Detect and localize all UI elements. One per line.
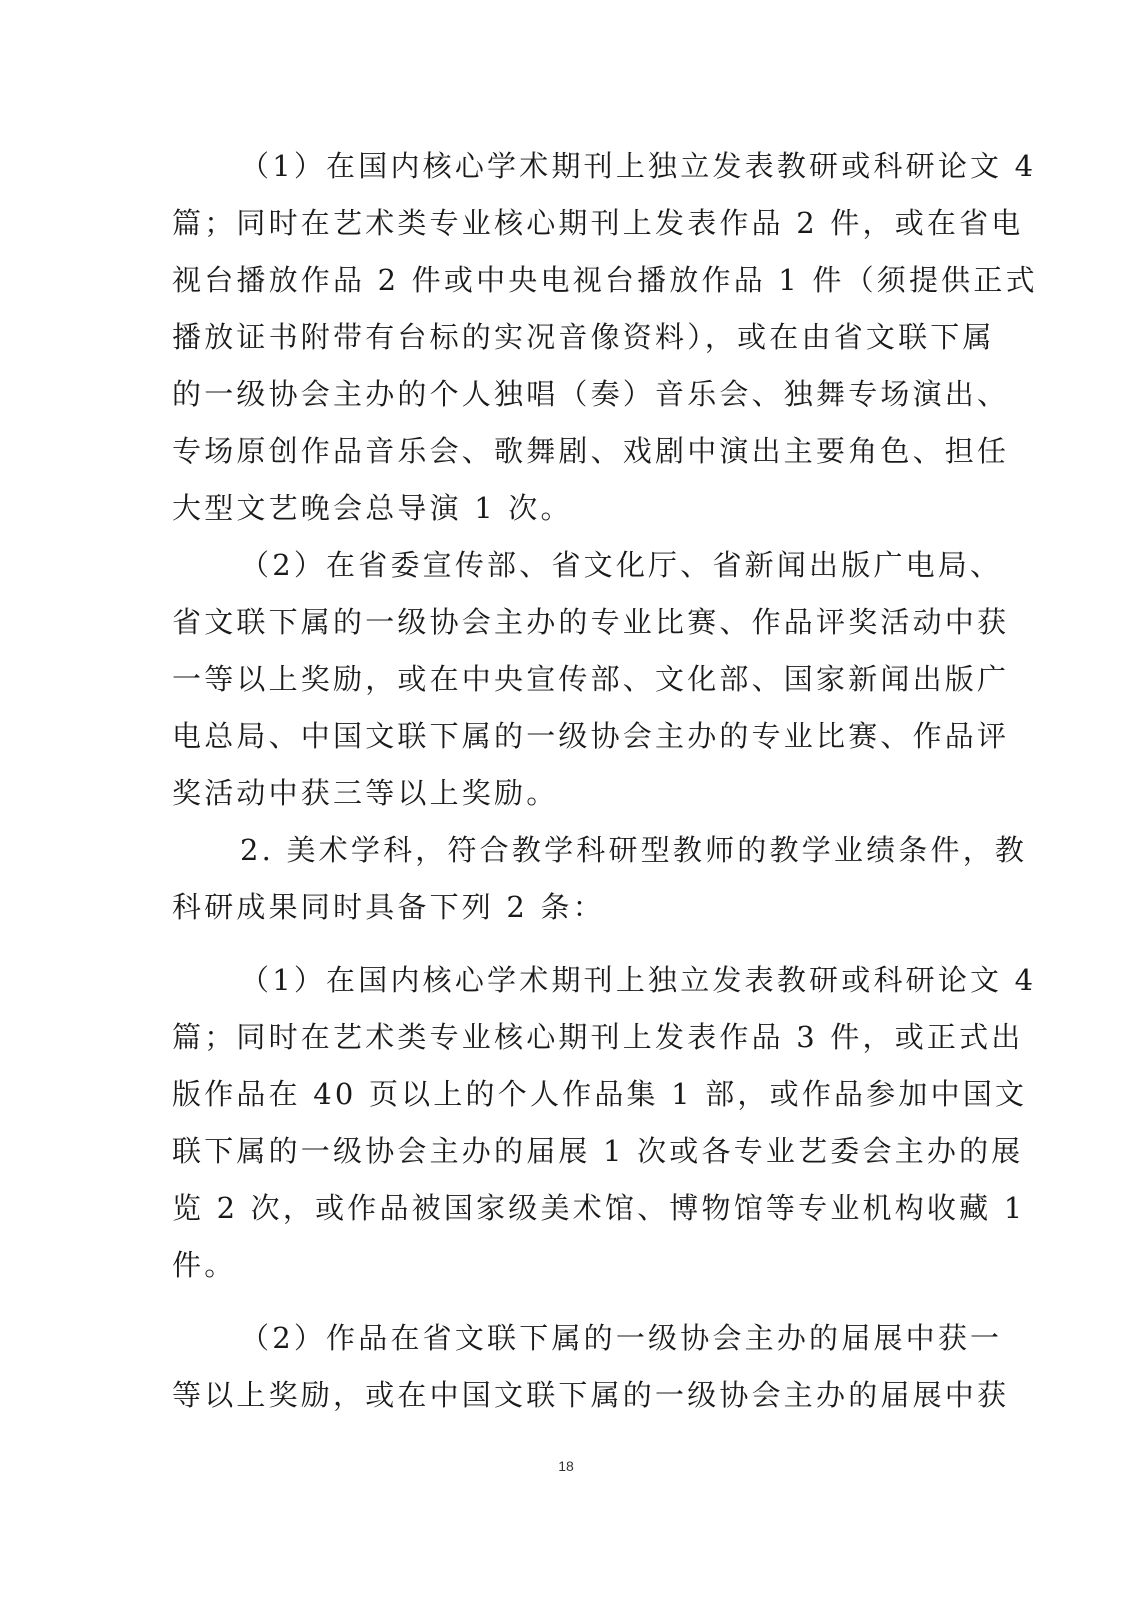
text-line: 件。 [172, 1245, 962, 1285]
text-line: 联下属的一级协会主办的届展 1 次或各专业艺委会主办的展 [172, 1131, 962, 1171]
text-line: 视台播放作品 2 件或中央电视台播放作品 1 件（须提供正式 [172, 260, 962, 300]
text-line: 省文联下属的一级协会主办的专业比赛、作品评奖活动中获 [172, 602, 962, 642]
text-line: 版作品在 40 页以上的个人作品集 1 部，或作品参加中国文 [172, 1074, 962, 1114]
text-line: 的一级协会主办的个人独唱（奏）音乐会、独舞专场演出、 [172, 374, 962, 414]
text-line: （1）在国内核心学术期刊上独立发表教研或科研论文 4 [240, 146, 962, 186]
text-line: 篇；同时在艺术类专业核心期刊上发表作品 2 件，或在省电 [172, 203, 962, 243]
text-line: （1）在国内核心学术期刊上独立发表教研或科研论文 4 [240, 960, 962, 1000]
document-page: （1）在国内核心学术期刊上独立发表教研或科研论文 4 篇；同时在艺术类专业核心期… [0, 0, 1132, 1600]
text-line: 专场原创作品音乐会、歌舞剧、戏剧中演出主要角色、担任 [172, 431, 962, 471]
text-line: 等以上奖励，或在中国文联下属的一级协会主办的届展中获 [172, 1375, 962, 1415]
text-line: 科研成果同时具备下列 2 条： [172, 887, 962, 927]
text-line: 奖活动中获三等以上奖励。 [172, 773, 962, 813]
section-heading-line: 2. 美术学科，符合教学科研型教师的教学业绩条件，教 [240, 830, 962, 870]
text-line: 大型文艺晚会总导演 1 次。 [172, 488, 962, 528]
text-line: （2）作品在省文联下属的一级协会主办的届展中获一 [240, 1318, 962, 1358]
text-line: （2）在省委宣传部、省文化厅、省新闻出版广电局、 [240, 545, 962, 585]
text-line: 篇；同时在艺术类专业核心期刊上发表作品 3 件，或正式出 [172, 1017, 962, 1057]
text-line: 一等以上奖励，或在中央宣传部、文化部、国家新闻出版广 [172, 659, 962, 699]
page-number: 18 [0, 1458, 1132, 1474]
text-line: 播放证书附带有台标的实况音像资料），或在由省文联下属 [172, 317, 962, 357]
text-line: 览 2 次，或作品被国家级美术馆、博物馆等专业机构收藏 1 [172, 1188, 962, 1228]
text-line: 电总局、中国文联下属的一级协会主办的专业比赛、作品评 [172, 716, 962, 756]
